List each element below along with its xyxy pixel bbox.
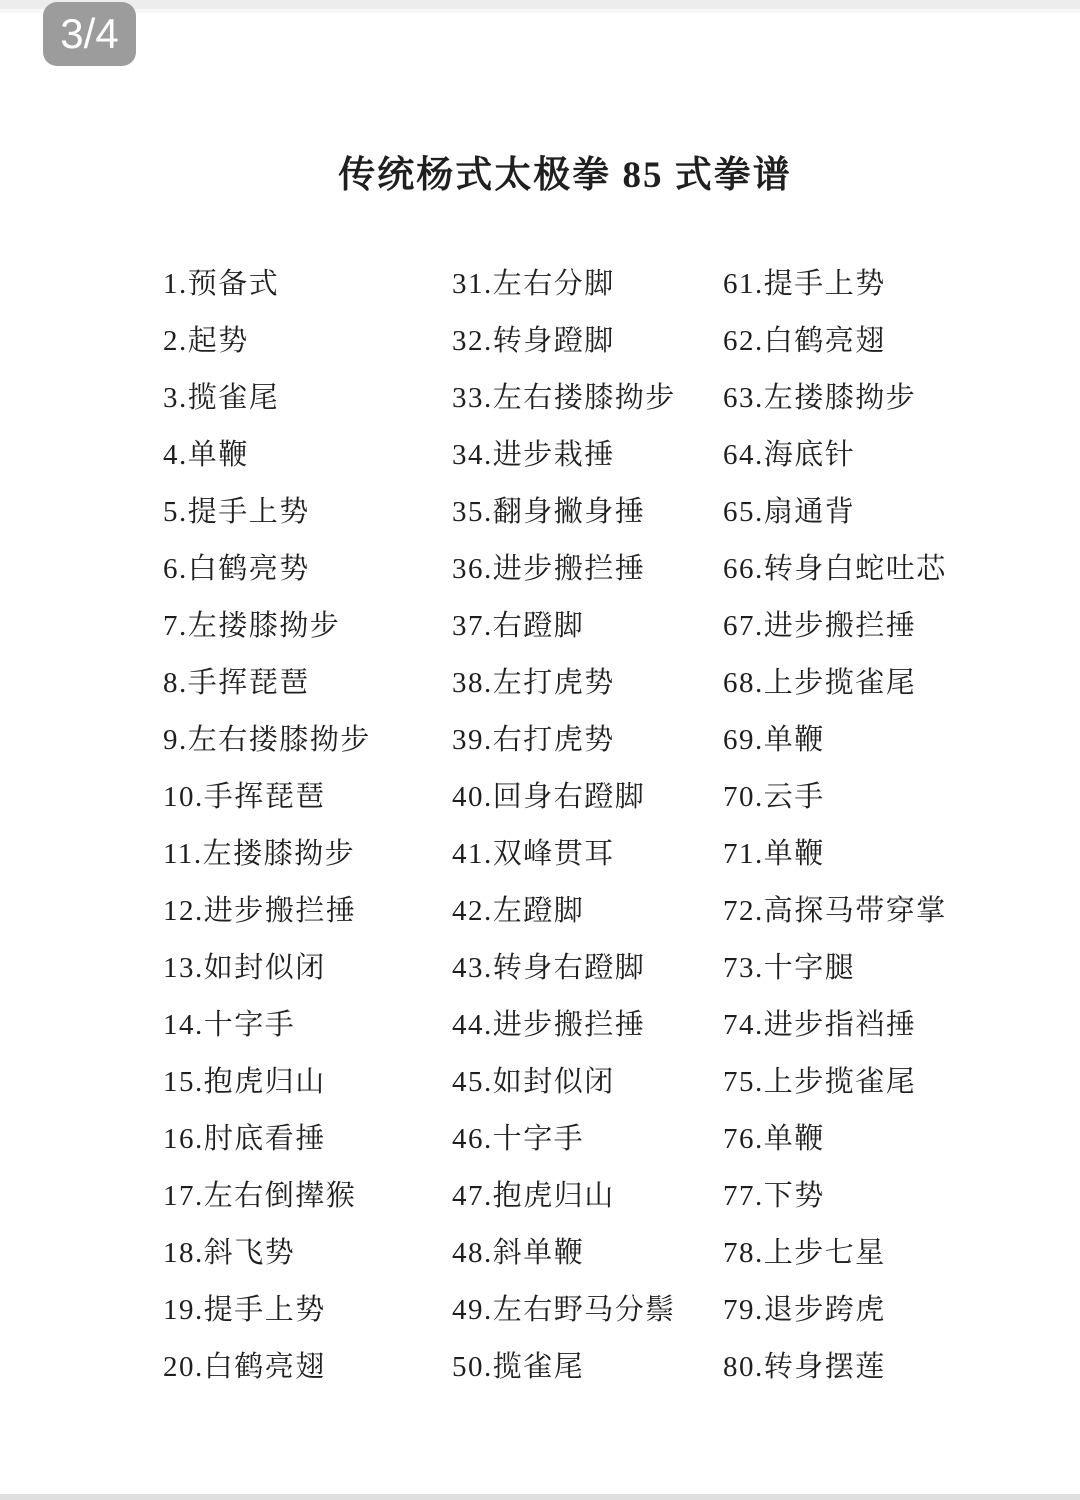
list-item: 61.提手上势: [723, 256, 947, 313]
list-item: 37.右蹬脚: [452, 598, 676, 655]
list-item: 48.斜单鞭: [452, 1225, 676, 1282]
list-item: 44.进步搬拦捶: [452, 997, 676, 1054]
list-item: 34.进步栽捶: [452, 427, 676, 484]
list-item: 14.十字手: [163, 997, 371, 1054]
document-title: 传统杨式太极拳 85 式拳谱: [0, 144, 1080, 198]
list-item: 71.单鞭: [723, 826, 947, 883]
list-item: 8.手挥琵琶: [163, 655, 371, 712]
top-strip: [0, 0, 1080, 13]
list-item: 46.十字手: [452, 1111, 676, 1168]
list-item: 76.单鞭: [723, 1111, 947, 1168]
list-item: 68.上步揽雀尾: [723, 655, 947, 712]
list-item: 39.右打虎势: [452, 712, 676, 769]
list-item: 70.云手: [723, 769, 947, 826]
list-item: 33.左右搂膝拗步: [452, 370, 676, 427]
list-item: 41.双峰贯耳: [452, 826, 676, 883]
list-item: 1.预备式: [163, 256, 371, 313]
list-item: 67.进步搬拦捶: [723, 598, 947, 655]
list-item: 3.揽雀尾: [163, 370, 371, 427]
list-item: 16.肘底看捶: [163, 1111, 371, 1168]
list-item: 49.左右野马分鬃: [452, 1282, 676, 1339]
form-list-column-2: 31.左右分脚 32.转身蹬脚 33.左右搂膝拗步 34.进步栽捶 35.翻身撇…: [452, 256, 676, 1396]
list-item: 65.扇通背: [723, 484, 947, 541]
list-item: 7.左搂膝拗步: [163, 598, 371, 655]
list-item: 10.手挥琵琶: [163, 769, 371, 826]
list-item: 47.抱虎归山: [452, 1168, 676, 1225]
list-item: 75.上步揽雀尾: [723, 1054, 947, 1111]
list-item: 50.揽雀尾: [452, 1339, 676, 1396]
list-item: 13.如封似闭: [163, 940, 371, 997]
list-item: 40.回身右蹬脚: [452, 769, 676, 826]
list-item: 66.转身白蛇吐芯: [723, 541, 947, 598]
bottom-strip: [0, 1494, 1080, 1500]
list-item: 6.白鹤亮势: [163, 541, 371, 598]
list-item: 43.转身右蹬脚: [452, 940, 676, 997]
form-list-column-3: 61.提手上势 62.白鹤亮翅 63.左搂膝拗步 64.海底针 65.扇通背 6…: [723, 256, 947, 1396]
list-item: 42.左蹬脚: [452, 883, 676, 940]
list-item: 36.进步搬拦捶: [452, 541, 676, 598]
list-item: 73.十字腿: [723, 940, 947, 997]
list-item: 63.左搂膝拗步: [723, 370, 947, 427]
list-item: 80.转身摆莲: [723, 1339, 947, 1396]
form-list-column-1: 1.预备式 2.起势 3.揽雀尾 4.单鞭 5.提手上势 6.白鹤亮势 7.左搂…: [163, 256, 371, 1396]
list-item: 11.左搂膝拗步: [163, 826, 371, 883]
list-item: 17.左右倒撵猴: [163, 1168, 371, 1225]
list-item: 79.退步跨虎: [723, 1282, 947, 1339]
list-item: 15.抱虎归山: [163, 1054, 371, 1111]
list-item: 12.进步搬拦捶: [163, 883, 371, 940]
list-item: 5.提手上势: [163, 484, 371, 541]
list-item: 77.下势: [723, 1168, 947, 1225]
list-item: 64.海底针: [723, 427, 947, 484]
list-item: 2.起势: [163, 313, 371, 370]
list-item: 20.白鹤亮翅: [163, 1339, 371, 1396]
list-item: 45.如封似闭: [452, 1054, 676, 1111]
list-item: 35.翻身撇身捶: [452, 484, 676, 541]
list-item: 38.左打虎势: [452, 655, 676, 712]
list-item: 72.高探马带穿掌: [723, 883, 947, 940]
list-item: 32.转身蹬脚: [452, 313, 676, 370]
list-item: 31.左右分脚: [452, 256, 676, 313]
page-indicator-badge: 3/4: [43, 2, 136, 66]
list-item: 74.进步指裆捶: [723, 997, 947, 1054]
list-item: 19.提手上势: [163, 1282, 371, 1339]
list-item: 69.单鞭: [723, 712, 947, 769]
list-item: 78.上步七星: [723, 1225, 947, 1282]
list-item: 18.斜飞势: [163, 1225, 371, 1282]
list-item: 9.左右搂膝拗步: [163, 712, 371, 769]
list-item: 62.白鹤亮翅: [723, 313, 947, 370]
list-item: 4.单鞭: [163, 427, 371, 484]
